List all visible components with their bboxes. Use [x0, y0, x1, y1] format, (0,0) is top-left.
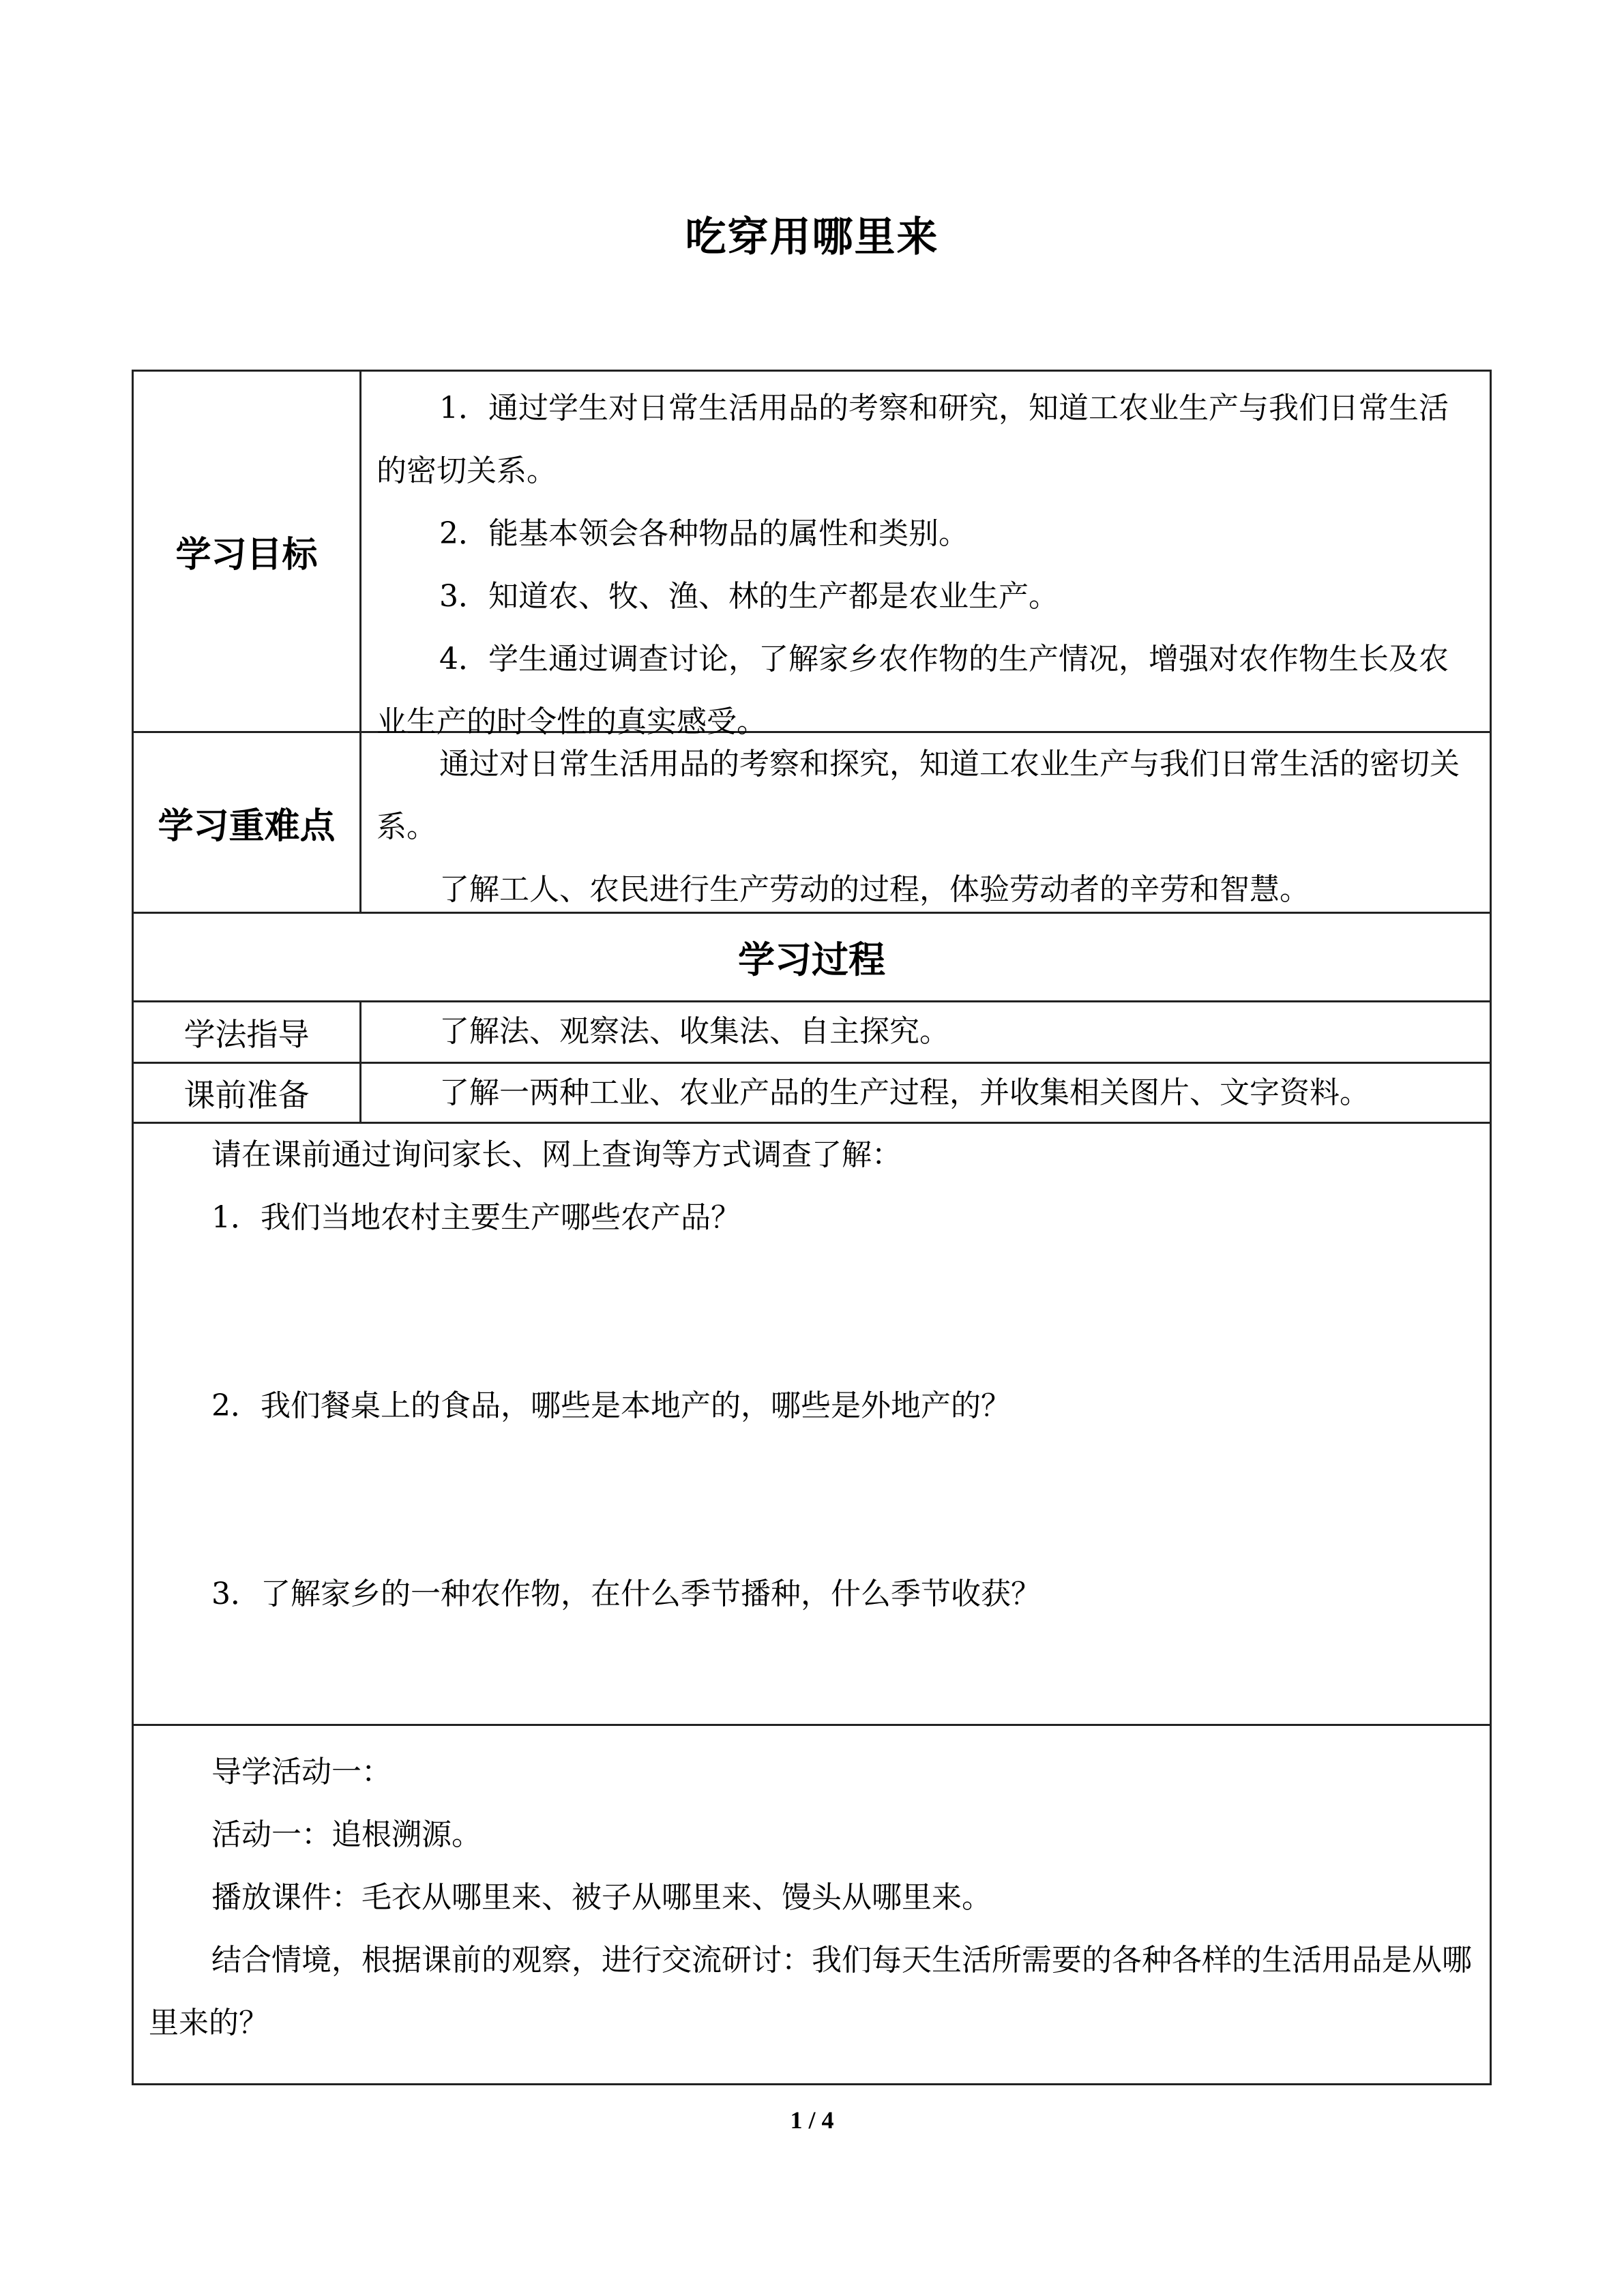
- objectives-row: 学习目标 1．通过学生对日常生活用品的考察和研究，知道工农业生产与我们日常生活的…: [134, 372, 1490, 733]
- activity-line: 导学活动一：: [149, 1741, 1475, 1804]
- method-label: 学法指导: [134, 1002, 361, 1062]
- preparation-content: 了解一两种工业、农业产品的生产过程，并收集相关图片、文字资料。: [361, 1064, 1490, 1122]
- activity-row: 导学活动一： 活动一：追根溯源。 播放课件：毛衣从哪里来、被子从哪里来、馒头从哪…: [134, 1726, 1490, 2083]
- key-point-item: 了解工人、农民进行生产劳动的过程，体验劳动者的辛劳和智慧。: [377, 859, 1475, 921]
- lesson-table: 学习目标 1．通过学生对日常生活用品的考察和研究，知道工农业生产与我们日常生活的…: [132, 370, 1492, 2085]
- process-heading: 学习过程: [134, 914, 1490, 1000]
- preparation-text: 了解一两种工业、农业产品的生产过程，并收集相关图片、文字资料。: [377, 1064, 1475, 1122]
- preparation-label: 课前准备: [134, 1064, 361, 1122]
- objective-item: 3．知道农、牧、渔、林的生产都是农业生产。: [377, 565, 1475, 628]
- survey-row: 请在课前通过询问家长、网上查询等方式调查了解： 1．我们当地农村主要生产哪些农产…: [134, 1124, 1490, 1726]
- survey-content: 请在课前通过询问家长、网上查询等方式调查了解： 1．我们当地农村主要生产哪些农产…: [134, 1124, 1490, 1724]
- survey-question: 1．我们当地农村主要生产哪些农产品？: [149, 1187, 1475, 1249]
- objectives-content: 1．通过学生对日常生活用品的考察和研究，知道工农业生产与我们日常生活的密切关系。…: [361, 372, 1490, 731]
- method-content: 了解法、观察法、收集法、自主探究。: [361, 1002, 1490, 1062]
- activity-line: 活动一：追根溯源。: [149, 1804, 1475, 1866]
- survey-intro: 请在课前通过询问家长、网上查询等方式调查了解：: [149, 1124, 1475, 1187]
- page-number: 1 / 4: [0, 2106, 1624, 2134]
- activity-line: 播放课件：毛衣从哪里来、被子从哪里来、馒头从哪里来。: [149, 1866, 1475, 1929]
- objective-item: 1．通过学生对日常生活用品的考察和研究，知道工农业生产与我们日常生活的密切关系。: [377, 377, 1475, 503]
- key-points-row: 学习重难点 通过对日常生活用品的考察和探究，知道工农业生产与我们日常生活的密切关…: [134, 733, 1490, 914]
- method-text: 了解法、观察法、收集法、自主探究。: [377, 1002, 1475, 1061]
- process-heading-row: 学习过程: [134, 914, 1490, 1002]
- key-points-content: 通过对日常生活用品的考察和探究，知道工农业生产与我们日常生活的密切关系。 了解工…: [361, 733, 1490, 912]
- activity-content: 导学活动一： 活动一：追根溯源。 播放课件：毛衣从哪里来、被子从哪里来、馒头从哪…: [134, 1726, 1490, 2083]
- key-points-label: 学习重难点: [134, 733, 361, 912]
- method-row: 学法指导 了解法、观察法、收集法、自主探究。: [134, 1002, 1490, 1064]
- document-title: 吃穿用哪里来: [0, 205, 1624, 263]
- key-point-item: 通过对日常生活用品的考察和探究，知道工农业生产与我们日常生活的密切关系。: [377, 733, 1475, 859]
- preparation-row: 课前准备 了解一两种工业、农业产品的生产过程，并收集相关图片、文字资料。: [134, 1064, 1490, 1124]
- survey-question: 3．了解家乡的一种农作物，在什么季节播种，什么季节收获？: [149, 1563, 1475, 1626]
- objective-item: 2．能基本领会各种物品的属性和类别。: [377, 503, 1475, 565]
- survey-question: 2．我们餐桌上的食品，哪些是本地产的，哪些是外地产的？: [149, 1375, 1475, 1437]
- objectives-label: 学习目标: [134, 372, 361, 731]
- activity-line: 结合情境，根据课前的观察，进行交流研讨：我们每天生活所需要的各种各样的生活用品是…: [149, 1929, 1475, 2055]
